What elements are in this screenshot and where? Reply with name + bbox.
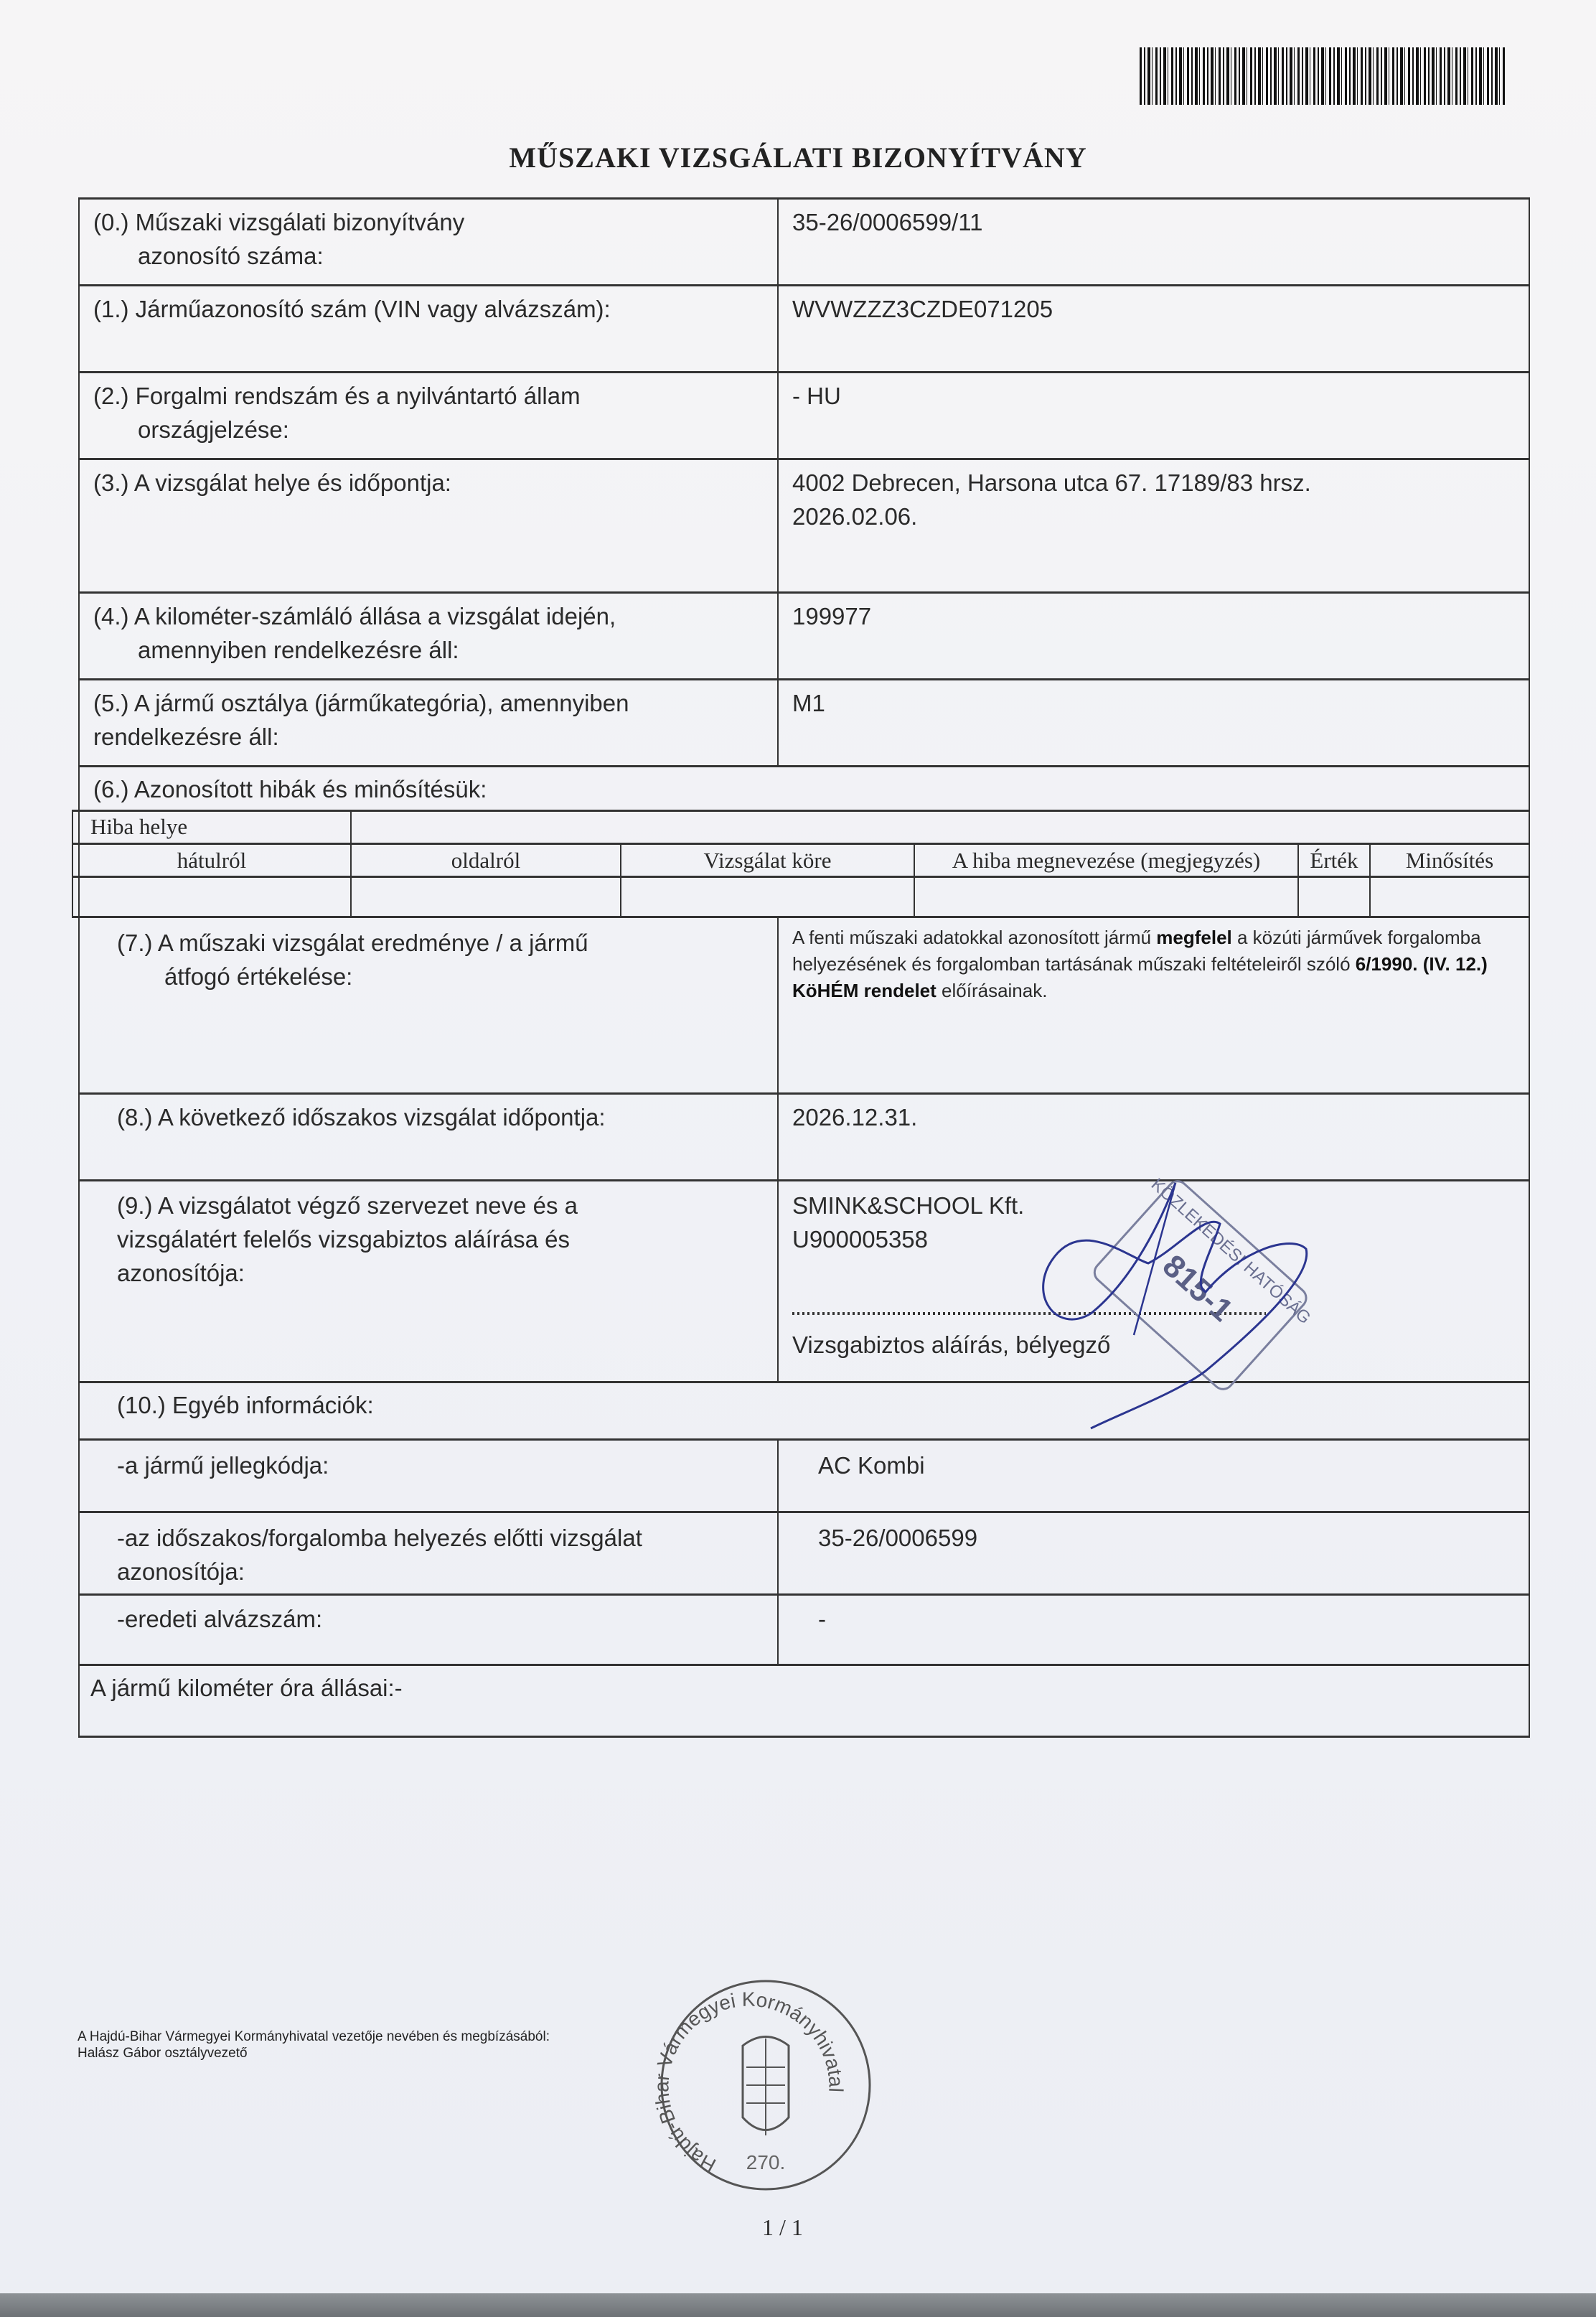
government-seal: Hajdú-Bihar Vármegyei Kormányhivatal 270… bbox=[0, 0, 1596, 2317]
svg-text:Hajdú-Bihar Vármegyei Kormányh: Hajdú-Bihar Vármegyei Kormányhivatal bbox=[650, 1988, 847, 2177]
coat-of-arms-icon bbox=[743, 2037, 789, 2136]
svg-text:270.: 270. bbox=[746, 2151, 786, 2173]
page-number: 1 / 1 bbox=[762, 2211, 803, 2245]
